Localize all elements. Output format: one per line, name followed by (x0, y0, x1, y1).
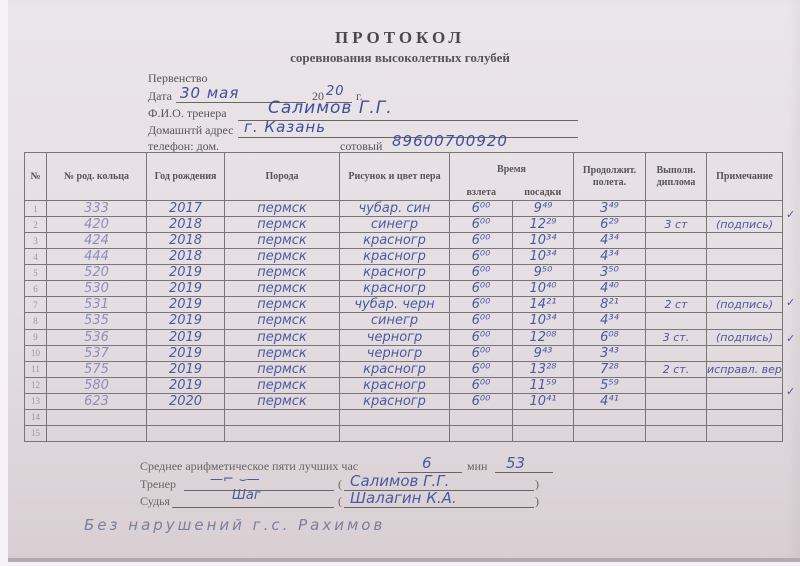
cell-year: 2019 (147, 313, 225, 329)
cell-ring: 531 (47, 297, 147, 313)
cell-duration: 4³⁴ (574, 249, 646, 265)
cell-breed: пермск (225, 217, 340, 233)
cell-note: (подпись) (707, 297, 783, 313)
page-title: ПРОТОКОЛ (0, 28, 800, 48)
trainer-name-paren-open: ( (338, 477, 342, 492)
cell-breed: пермск (225, 393, 340, 409)
trainer-sign-label: Тренер (140, 477, 176, 492)
table-row: 85352019пермсксинегр6⁰⁰10³⁴4³⁴ (25, 313, 783, 329)
cell-duration: 3⁴⁹ (574, 201, 646, 217)
cell-takeoff: 6⁰⁰ (450, 361, 513, 377)
cell-year: 2018 (147, 217, 225, 233)
cell-note (707, 249, 783, 265)
cell-breed: пермск (225, 297, 340, 313)
judge-name-line (344, 507, 534, 508)
cell-diploma: 3 ст (646, 217, 707, 233)
cell-year: 2018 (147, 249, 225, 265)
check-mark: ✓ (786, 296, 795, 309)
cell-diploma (646, 233, 707, 249)
cell-duration: 6⁰⁸ (574, 329, 646, 345)
cell-year: 2017 (147, 201, 225, 217)
table-row: 115752019пермсккрасногр6⁰⁰13²⁸7²⁸2 ст.ис… (25, 361, 783, 377)
cell-note: (подпись) (707, 329, 783, 345)
cell-year: 2018 (147, 233, 225, 249)
cell-diploma (646, 201, 707, 217)
header-num: № (25, 153, 47, 201)
cell-breed: пермск (225, 313, 340, 329)
cell-takeoff: 6⁰⁰ (450, 249, 513, 265)
cell-duration: 4⁴¹ (574, 393, 646, 409)
cell-landing: 12²⁹ (513, 217, 574, 233)
cell-landing (513, 425, 574, 441)
header-duration: Продолжит. полета. (574, 153, 646, 201)
cell-duration (574, 425, 646, 441)
cell-duration: 7²⁸ (574, 361, 646, 377)
cell-ring: 575 (47, 361, 147, 377)
cell-year: 2019 (147, 345, 225, 361)
cell-breed: пермск (225, 377, 340, 393)
cell-year (147, 409, 225, 425)
table-row: 65302019пермсккрасногр6⁰⁰10⁴⁰4⁴⁰ (25, 281, 783, 297)
cell-color: черногр (340, 329, 450, 345)
cell-duration: 3⁴³ (574, 345, 646, 361)
table-row: 55202019пермсккрасногр6⁰⁰9⁵⁰3⁵⁰ (25, 265, 783, 281)
cell-n: 1 (25, 201, 47, 217)
average-minutes: 53 (506, 454, 525, 472)
cell-ring (47, 409, 147, 425)
judge-signature-line (172, 507, 334, 508)
cell-takeoff: 6⁰⁰ (450, 233, 513, 249)
year-value: 20 (326, 84, 345, 99)
table-row: 13332017пермскчубар. син6⁰⁰9⁴⁹3⁴⁹ (25, 201, 783, 217)
cell-breed: пермск (225, 249, 340, 265)
cell-diploma (646, 313, 707, 329)
cell-year: 2019 (147, 281, 225, 297)
judge-name-paren-close: ) (535, 494, 539, 509)
cell-ring: 537 (47, 345, 147, 361)
cell-landing: 11⁵⁹ (513, 377, 574, 393)
cell-diploma (646, 425, 707, 441)
address-value: г. Казань (244, 118, 326, 136)
cell-n: 7 (25, 297, 47, 313)
cell-duration: 8²¹ (574, 297, 646, 313)
cell-takeoff: 6⁰⁰ (450, 345, 513, 361)
cell-note (707, 409, 783, 425)
cell-color: синегр (340, 313, 450, 329)
trainer-name-paren-close: ) (535, 477, 539, 492)
table-row: 95362019пермскчерногр6⁰⁰12⁰⁸6⁰⁸3 ст.(под… (25, 329, 783, 345)
cell-diploma (646, 377, 707, 393)
cell-ring: 536 (47, 329, 147, 345)
cell-note (707, 393, 783, 409)
cell-duration: 4³⁴ (574, 233, 646, 249)
header-time: Время (450, 153, 574, 187)
header-color: Рисунок и цвет пера (340, 153, 450, 201)
handwritten-note: Без нарушений г.с. Рахимов (84, 516, 385, 534)
cell-color: красногр (340, 265, 450, 281)
cell-color: красногр (340, 393, 450, 409)
cell-color: красногр (340, 249, 450, 265)
judge-label: Судья (140, 494, 170, 509)
cell-n: 8 (25, 313, 47, 329)
cell-n: 15 (25, 425, 47, 441)
cell-color: синегр (340, 217, 450, 233)
table-row: 44442018пермсккрасногр6⁰⁰10³⁴4³⁴ (25, 249, 783, 265)
table-row: 105372019пермскчерногр6⁰⁰9⁴³3⁴³ (25, 345, 783, 361)
header-landing: посадки (513, 187, 574, 201)
date-label: Дата (148, 89, 172, 104)
cell-note (707, 313, 783, 329)
cell-duration: 5⁵⁹ (574, 377, 646, 393)
cell-note (707, 377, 783, 393)
header-year: Год рождения (147, 153, 225, 201)
cell-landing: 9⁴⁹ (513, 201, 574, 217)
cell-year: 2020 (147, 393, 225, 409)
table-row: 14 (25, 409, 783, 425)
cell-diploma (646, 265, 707, 281)
cell-n: 12 (25, 377, 47, 393)
cell-n: 4 (25, 249, 47, 265)
cell-ring: 420 (47, 217, 147, 233)
cell-diploma (646, 249, 707, 265)
check-mark: ✓ (786, 332, 795, 345)
cell-takeoff: 6⁰⁰ (450, 201, 513, 217)
table-row: 15 (25, 425, 783, 441)
trainer-signature: —⌐ ⌣— (210, 472, 260, 487)
cell-ring: 535 (47, 313, 147, 329)
cell-takeoff (450, 409, 513, 425)
cell-takeoff: 6⁰⁰ (450, 377, 513, 393)
cell-color: красногр (340, 233, 450, 249)
cell-note (707, 233, 783, 249)
judge-name: Шалагин К.А. (350, 489, 457, 507)
header-note: Примечание (707, 153, 783, 201)
table-row: 34242018пермсккрасногр6⁰⁰10³⁴4³⁴ (25, 233, 783, 249)
check-mark: ✓ (786, 208, 795, 221)
header-breed: Порода (225, 153, 340, 201)
cell-landing: 9⁴³ (513, 345, 574, 361)
cell-diploma: 3 ст. (646, 329, 707, 345)
cell-color (340, 409, 450, 425)
table-row: 125802019пермсккрасногр6⁰⁰11⁵⁹5⁵⁹ (25, 377, 783, 393)
cell-ring: 444 (47, 249, 147, 265)
cell-takeoff: 6⁰⁰ (450, 393, 513, 409)
cell-year (147, 425, 225, 441)
cell-color: красногр (340, 281, 450, 297)
cell-takeoff (450, 425, 513, 441)
cell-landing: 10⁴¹ (513, 393, 574, 409)
cell-n: 5 (25, 265, 47, 281)
cell-n: 9 (25, 329, 47, 345)
cell-year: 2019 (147, 329, 225, 345)
trainer-name: Салимов Г.Г. (350, 472, 449, 490)
cell-year: 2019 (147, 361, 225, 377)
minutes-label: мин (467, 459, 487, 474)
cell-duration: 3⁵⁰ (574, 265, 646, 281)
cell-landing: 10³⁴ (513, 249, 574, 265)
cell-ring: 530 (47, 281, 147, 297)
cell-diploma (646, 393, 707, 409)
cell-diploma (646, 345, 707, 361)
cell-breed: пермск (225, 329, 340, 345)
cell-duration: 4³⁴ (574, 313, 646, 329)
cell-color: красногр (340, 361, 450, 377)
cell-landing: 13²⁸ (513, 361, 574, 377)
cell-breed: пермск (225, 265, 340, 281)
cell-breed: пермск (225, 201, 340, 217)
cell-landing: 10³⁴ (513, 313, 574, 329)
cell-diploma: 2 ст (646, 297, 707, 313)
cell-takeoff: 6⁰⁰ (450, 297, 513, 313)
judge-name-paren-open: ( (338, 494, 342, 509)
phone-mobile-value: 89600700920 (392, 132, 508, 150)
cell-ring (47, 425, 147, 441)
cell-breed: пермск (225, 233, 340, 249)
cell-takeoff: 6⁰⁰ (450, 313, 513, 329)
cell-n: 2 (25, 217, 47, 233)
cell-ring: 520 (47, 265, 147, 281)
cell-breed: пермск (225, 345, 340, 361)
trainer-value: Салимов Г.Г. (268, 98, 393, 118)
cell-n: 14 (25, 409, 47, 425)
cell-breed: пермск (225, 281, 340, 297)
judge-signature: Шаг (232, 488, 261, 503)
cell-landing: 10⁴⁰ (513, 281, 574, 297)
cell-duration (574, 409, 646, 425)
trainer-label: Ф.И.О. тренера (148, 106, 227, 121)
cell-n: 10 (25, 345, 47, 361)
cell-note (707, 345, 783, 361)
cell-ring: 623 (47, 393, 147, 409)
cell-duration: 6²⁹ (574, 217, 646, 233)
cell-diploma (646, 409, 707, 425)
cell-note: исправл. верить (подпись) (707, 361, 783, 377)
cell-landing (513, 409, 574, 425)
cell-note: (подпись) (707, 217, 783, 233)
cell-color: чубар. черн (340, 297, 450, 313)
cell-note (707, 281, 783, 297)
average-minutes-underline (495, 472, 553, 473)
cell-landing: 14²¹ (513, 297, 574, 313)
check-mark: ✓ (786, 385, 795, 398)
cell-diploma: 2 ст. (646, 361, 707, 377)
cell-note (707, 265, 783, 281)
cell-takeoff: 6⁰⁰ (450, 329, 513, 345)
cell-note (707, 201, 783, 217)
cell-landing: 9⁵⁰ (513, 265, 574, 281)
cell-n: 3 (25, 233, 47, 249)
cell-ring: 424 (47, 233, 147, 249)
cell-breed: пермск (225, 361, 340, 377)
cell-landing: 12⁰⁸ (513, 329, 574, 345)
table-row: 24202018пермсксинегр6⁰⁰12²⁹6²⁹3 ст(подпи… (25, 217, 783, 233)
cell-takeoff: 6⁰⁰ (450, 265, 513, 281)
cell-breed (225, 409, 340, 425)
cell-landing: 10³⁴ (513, 233, 574, 249)
cell-color (340, 425, 450, 441)
cell-n: 13 (25, 393, 47, 409)
cell-duration: 4⁴⁰ (574, 281, 646, 297)
header-ring: № род. кольца (47, 153, 147, 201)
cell-breed (225, 425, 340, 441)
cell-year: 2019 (147, 265, 225, 281)
cell-year: 2019 (147, 297, 225, 313)
cell-takeoff: 6⁰⁰ (450, 281, 513, 297)
results-table-body: 13332017пермскчубар. син6⁰⁰9⁴⁹3⁴⁹2420201… (25, 201, 783, 442)
date-value: 30 мая (180, 84, 239, 102)
table-row: 75312019пермскчубар. черн6⁰⁰14²¹8²¹2 ст(… (25, 297, 783, 313)
cell-takeoff: 6⁰⁰ (450, 217, 513, 233)
cell-color: красногр (340, 377, 450, 393)
header-takeoff: взлета (450, 187, 513, 201)
cell-ring: 333 (47, 201, 147, 217)
cell-ring: 580 (47, 377, 147, 393)
average-hours: 6 (422, 454, 432, 472)
address-label: Домашнтй адрес (148, 123, 234, 138)
cell-diploma (646, 281, 707, 297)
cell-color: черногр (340, 345, 450, 361)
results-table: № № род. кольца Год рождения Порода Рису… (24, 152, 783, 442)
cell-color: чубар. син (340, 201, 450, 217)
cell-n: 11 (25, 361, 47, 377)
cell-n: 6 (25, 281, 47, 297)
header-diploma: Выполн. диплома (646, 153, 707, 201)
cell-year: 2019 (147, 377, 225, 393)
cell-note (707, 425, 783, 441)
page-subtitle: соревнования высоколетных голубей (0, 50, 800, 66)
table-row: 136232020пермсккрасногр6⁰⁰10⁴¹4⁴¹ (25, 393, 783, 409)
